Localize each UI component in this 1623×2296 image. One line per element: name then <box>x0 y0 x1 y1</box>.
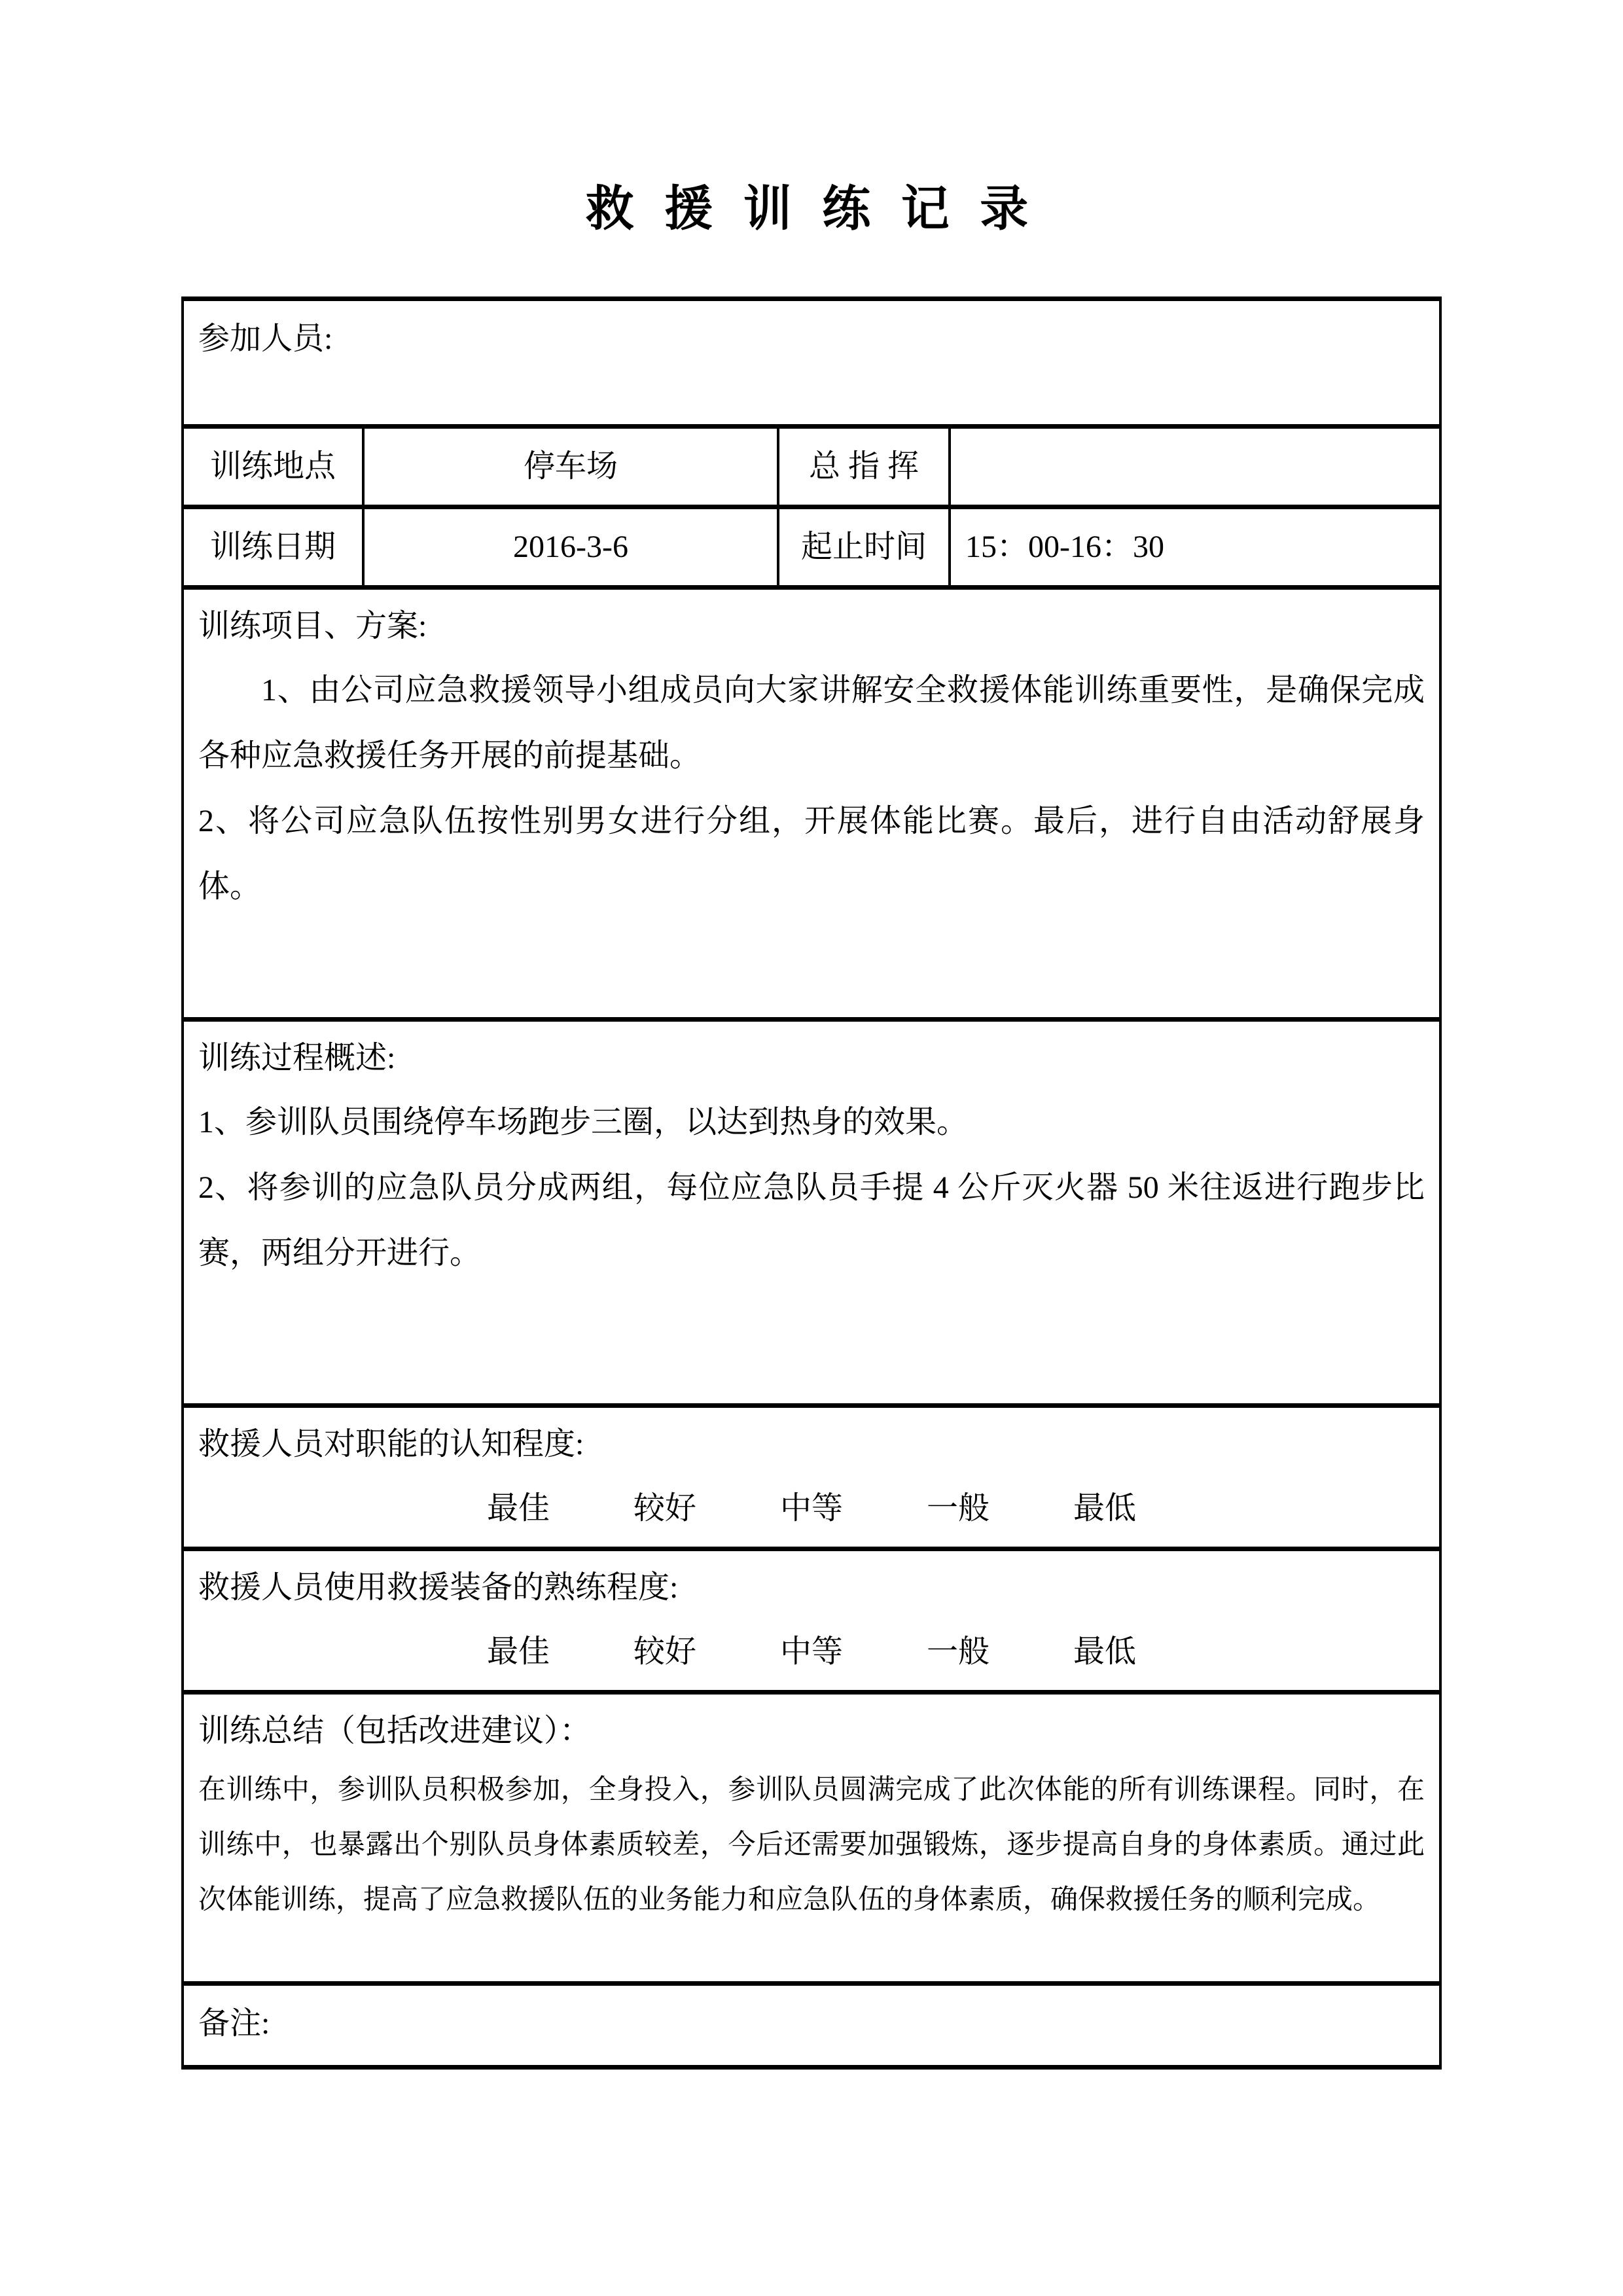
plan-item-2: 2、将公司应急队伍按性别男女进行分组，开展体能比赛。最后，进行自由活动舒展身体。 <box>198 789 1425 920</box>
summary-content: 在训练中，参训队员积极参加，全身投入，参训队员圆满完成了此次体能的所有训练课程。… <box>198 1763 1425 1928</box>
proficiency-option-good: 较好 <box>633 1619 696 1685</box>
summary-cell: 训练总结（包括改进建议）： 在训练中，参训队员积极参加，全身投入，参训队员圆满完… <box>183 1693 1440 1984</box>
cognition-option-best: 最佳 <box>487 1476 550 1541</box>
participants-row: 参加人员: <box>183 299 1440 427</box>
plan-label: 训练项目、方案: <box>198 595 1425 658</box>
date-row: 训练日期 2016-3-6 起止时间 15：00-16：30 <box>183 507 1440 588</box>
remarks-row: 备注: <box>183 1984 1440 2068</box>
training-record-table: 参加人员: 训练地点 停车场 总 指 挥 训练日期 2016-3-6 起止时间 … <box>181 296 1442 2070</box>
cognition-option-fair: 一般 <box>927 1476 990 1541</box>
location-value: 停车场 <box>363 427 778 507</box>
time-label: 起止时间 <box>778 507 950 588</box>
commander-label: 总 指 挥 <box>778 427 950 507</box>
proficiency-row: 救援人员使用救援装备的熟练程度: 最佳 较好 中等 一般 最低 <box>183 1549 1440 1693</box>
location-label: 训练地点 <box>183 427 363 507</box>
cognition-label: 救援人员对职能的认知程度: <box>198 1413 1425 1476</box>
plan-row: 训练项目、方案: 1、由公司应急救援领导小组成员向大家讲解安全救援体能训练重要性… <box>183 588 1440 1020</box>
location-row: 训练地点 停车场 总 指 挥 <box>183 427 1440 507</box>
summary-row: 训练总结（包括改进建议）： 在训练中，参训队员积极参加，全身投入，参训队员圆满完… <box>183 1693 1440 1984</box>
cognition-option-medium: 中等 <box>780 1476 843 1541</box>
process-row: 训练过程概述: 1、参训队员围绕停车场跑步三圈，以达到热身的效果。 2、将参训的… <box>183 1020 1440 1406</box>
cognition-option-good: 较好 <box>633 1476 696 1541</box>
plan-cell: 训练项目、方案: 1、由公司应急救援领导小组成员向大家讲解安全救援体能训练重要性… <box>183 588 1440 1020</box>
remarks-label: 备注: <box>198 2006 270 2041</box>
cognition-options: 最佳 较好 中等 一般 最低 <box>198 1476 1425 1541</box>
proficiency-label: 救援人员使用救援装备的熟练程度: <box>198 1556 1425 1619</box>
proficiency-cell: 救援人员使用救援装备的熟练程度: 最佳 较好 中等 一般 最低 <box>183 1549 1440 1693</box>
process-item-1: 1、参训队员围绕停车场跑步三圈，以达到热身的效果。 <box>198 1090 1425 1155</box>
date-label: 训练日期 <box>183 507 363 588</box>
proficiency-option-medium: 中等 <box>780 1619 843 1685</box>
participants-label: 参加人员: <box>198 321 332 356</box>
cognition-row: 救援人员对职能的认知程度: 最佳 较好 中等 一般 最低 <box>183 1406 1440 1549</box>
plan-item-1: 1、由公司应急救援领导小组成员向大家讲解安全救援体能训练重要性，是确保完成各种应… <box>198 658 1425 789</box>
proficiency-options: 最佳 较好 中等 一般 最低 <box>198 1619 1425 1685</box>
process-cell: 训练过程概述: 1、参训队员围绕停车场跑步三圈，以达到热身的效果。 2、将参训的… <box>183 1020 1440 1406</box>
time-value: 15：00-16：30 <box>950 507 1440 588</box>
document-page: 救 援 训 练 记 录 参加人员: 训练地点 停车场 总 指 挥 训练日期 20… <box>0 0 1623 2296</box>
remarks-cell: 备注: <box>183 1984 1440 2068</box>
cognition-option-low: 最低 <box>1073 1476 1136 1541</box>
process-item-2: 2、将参训的应急队员分成两组，每位应急队员手提 4 公斤灭火器 50 米往返进行… <box>198 1155 1425 1286</box>
proficiency-option-low: 最低 <box>1073 1619 1136 1685</box>
process-label: 训练过程概述: <box>198 1027 1425 1090</box>
participants-cell: 参加人员: <box>183 299 1440 427</box>
proficiency-option-best: 最佳 <box>487 1619 550 1685</box>
proficiency-option-fair: 一般 <box>927 1619 990 1685</box>
date-value: 2016-3-6 <box>363 507 778 588</box>
commander-value <box>950 427 1440 507</box>
summary-label: 训练总结（包括改进建议）： <box>198 1700 1425 1763</box>
cognition-cell: 救援人员对职能的认知程度: 最佳 较好 中等 一般 最低 <box>183 1406 1440 1549</box>
page-title: 救 援 训 练 记 录 <box>0 185 1623 234</box>
